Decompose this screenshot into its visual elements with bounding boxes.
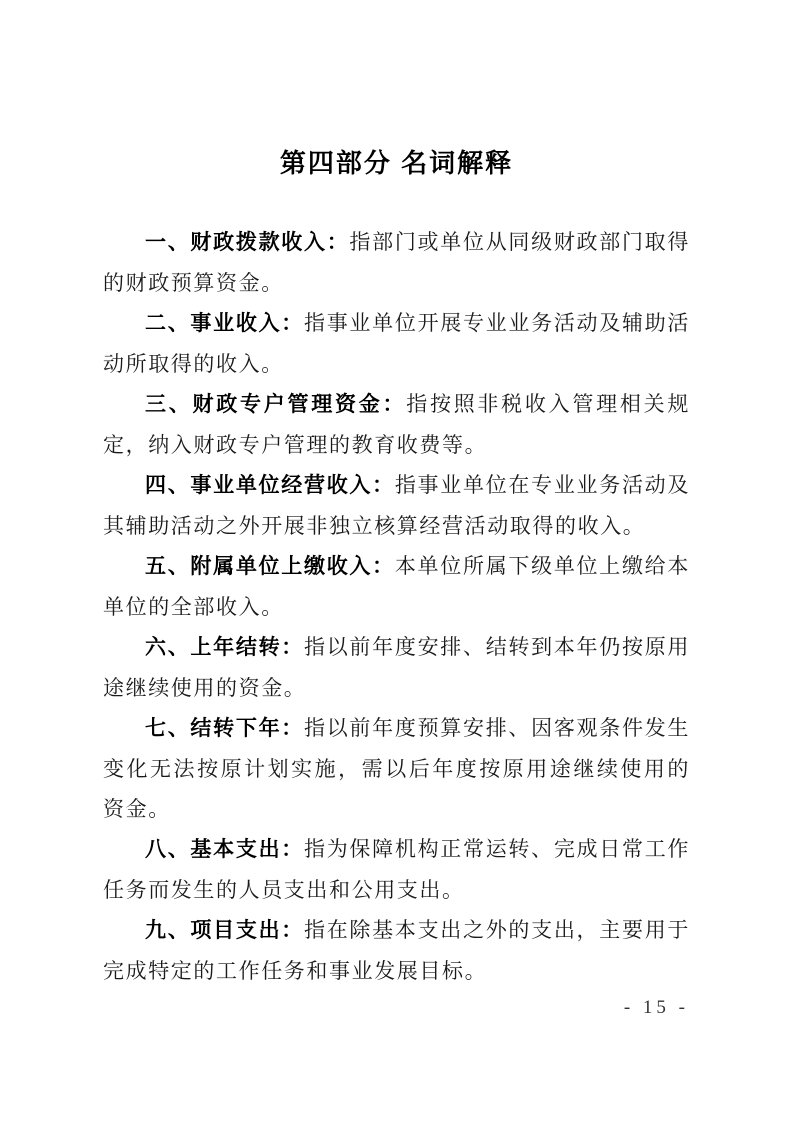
document-page: 第四部分 名词解释 一、财政拨款收入：指部门或单位从同级财政部门取得的财政预算资…: [0, 0, 793, 1122]
definition-paragraph-9: 九、项目支出：指在除基本支出之外的支出，主要用于完成特定的工作任务和事业发展目标…: [103, 910, 690, 991]
definition-term: 九、项目支出：: [145, 919, 304, 942]
definition-paragraph-6: 六、上年结转：指以前年度安排、结转到本年仍按原用途继续使用的资金。: [103, 627, 690, 708]
definition-paragraph-4: 四、事业单位经营收入：指事业单位在专业业务活动及其辅助活动之外开展非独立核算经营…: [103, 465, 690, 546]
definition-term: 三、财政专户管理资金：: [145, 393, 406, 416]
page-number: - 15 -: [624, 997, 689, 1019]
definition-term: 八、基本支出：: [145, 838, 304, 861]
definition-term: 二、事业收入：: [145, 312, 304, 335]
definition-paragraph-3: 三、财政专户管理资金：指按照非税收入管理相关规定，纳入财政专户管理的教育收费等。: [103, 384, 690, 465]
definition-term: 七、结转下年：: [145, 717, 304, 740]
definition-term: 五、附属单位上缴收入：: [145, 555, 395, 578]
definition-term: 六、上年结转：: [145, 636, 304, 659]
definition-paragraph-2: 二、事业收入：指事业单位开展专业业务活动及辅助活动所取得的收入。: [103, 303, 690, 384]
definition-paragraph-7: 七、结转下年：指以前年度预算安排、因客观条件发生变化无法按原计划实施，需以后年度…: [103, 708, 690, 829]
definition-term: 四、事业单位经营收入：: [145, 474, 395, 497]
definition-paragraph-1: 一、财政拨款收入：指部门或单位从同级财政部门取得的财政预算资金。: [103, 222, 690, 303]
page-title: 第四部分 名词解释: [0, 143, 793, 180]
definition-term: 一、财政拨款收入：: [145, 231, 349, 254]
definition-paragraph-8: 八、基本支出：指为保障机构正常运转、完成日常工作任务而发生的人员支出和公用支出。: [103, 829, 690, 910]
definitions-list: 一、财政拨款收入：指部门或单位从同级财政部门取得的财政预算资金。 二、事业收入：…: [103, 222, 690, 991]
definition-paragraph-5: 五、附属单位上缴收入：本单位所属下级单位上缴给本单位的全部收入。: [103, 546, 690, 627]
